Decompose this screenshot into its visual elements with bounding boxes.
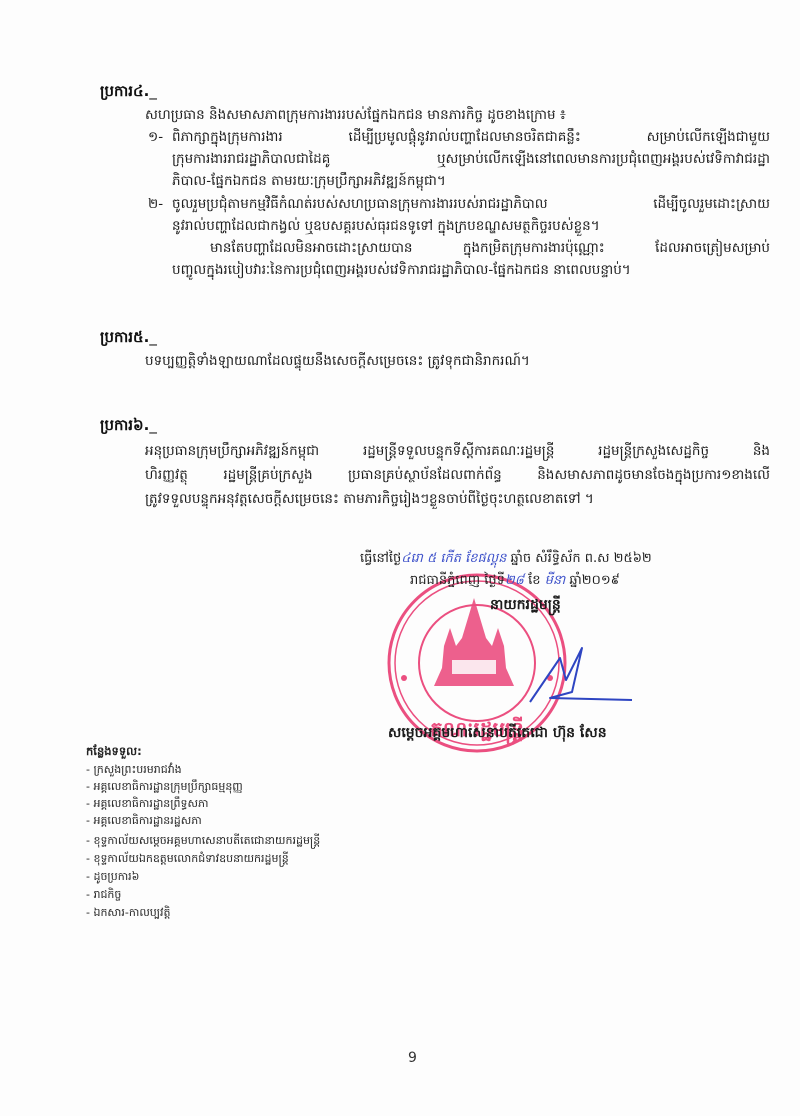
article-4-item-2-line-1: ចូលរួមប្រជុំតាមកម្មវិធីកំណត់របស់សហប្រធាន…	[172, 193, 770, 215]
article-4-item-1-line-3: ភិបាល-ផ្នែកឯកជន តាមរយៈក្រុមប្រឹក្សាអភិវឌ…	[172, 170, 446, 192]
lunar-date-suffix: ឆ្នាំច សំរឹទ្ធិស័ក ព.ស ២៥៦២	[510, 551, 651, 566]
recipient-item: - ឯកសារ-កាលប្បវត្តិ	[86, 905, 171, 921]
signatory-title: នាយករដ្ឋមន្ត្រី	[490, 594, 561, 616]
recipient-item: - អគ្គលេខាធិការដ្ឋានរដ្ឋសភា	[86, 813, 202, 829]
page-number: 9	[408, 1050, 417, 1066]
article-6-line-2: ហិរញ្ញវត្ថុ រដ្ឋមន្ត្រីគ្រប់ក្រសួង ប្រធា…	[145, 464, 770, 486]
article-4-item-2-line-2: នូវរាល់បញ្ហាដែលជាកង្វល់ ឬឧបសគ្គរបស់ធុរជន…	[172, 215, 600, 237]
article-6-line-3: ត្រូវទទួលបន្ទុកអនុវត្តសេចក្តីសម្រេចនេះ ត…	[145, 488, 594, 510]
recipient-item: - ខុទ្ទកាល័យឯកឧត្តមលោកជំទាវឧបនាយករដ្ឋមន្…	[86, 851, 289, 867]
recipient-item: - រាជកិច្ច	[86, 887, 121, 903]
article-4-item-2-continuation-2: បញ្ចូលក្នុងរបៀបវារៈនៃការប្រជុំពេញអង្គរបស…	[172, 259, 631, 281]
recipients-title: កន្លែងទទួល:	[86, 744, 142, 761]
lunar-date-prefix: ធ្វើនៅថ្ងៃ	[360, 551, 401, 566]
recipient-item: - ក្រសួងព្រះបរមរាជវាំង	[86, 762, 182, 778]
article-5-heading: ប្រការ៥.	[100, 328, 157, 350]
article-4-intro: សហប្រធាន និងសមាសភាពក្រុមការងាររបស់ផ្នែកឯ…	[145, 104, 566, 126]
lunar-date-handwritten: ៤រោ ៥ កើត ខែផល្គុន	[401, 551, 506, 566]
article-4-heading: ប្រការ៤.	[100, 82, 157, 104]
article-4-item-2-number: ២-	[148, 193, 163, 215]
recipient-item: - អគ្គលេខាធិការដ្ឋានក្រុមប្រឹក្សាធម្មនុញ…	[86, 779, 243, 795]
solar-month-handwritten: មីនា	[545, 573, 566, 588]
solar-day-handwritten: ២៨	[505, 573, 524, 588]
article-6-heading: ប្រការ៦.	[100, 416, 157, 438]
solar-year: ឆ្នាំ២០១៩	[569, 573, 619, 588]
document-page: ប្រការ៤. សហប្រធាន និងសមាសភាពក្រុមការងាររ…	[0, 0, 800, 1116]
solar-date-prefix: រាជធានីភ្នំពេញ ថ្ងៃទី	[410, 573, 505, 588]
recipient-item: - ខុទ្ទកាល័យសម្តេចអគ្គមហាសេនាបតីតេជោនាយក…	[86, 833, 320, 849]
article-4-item-1-line-2: ក្រុមការងាររាជរដ្ឋាភិបាលជាដៃគូ ឬសម្រាប់ល…	[172, 148, 770, 170]
article-5-text: បទប្បញ្ញត្តិទាំងឡាយណាដែលផ្ទុយនឹងសេចក្តីស…	[145, 350, 530, 372]
recipient-item: - អគ្គលេខាធិការដ្ឋានព្រឹទ្ធសភា	[86, 796, 208, 812]
article-4-item-1-line-1: ពិភាក្សាក្នុងក្រុមការងារ ដើម្បីប្រមូលផ្ត…	[172, 126, 770, 148]
solar-dateline: រាជធានីភ្នំពេញ ថ្ងៃទី២៨ ខែ មីនា ឆ្នាំ២០១…	[410, 570, 620, 592]
article-4-item-2-continuation-1: មានតែបញ្ហាដែលមិនអាចដោះស្រាយបាន ក្នុងកម្រ…	[210, 237, 770, 259]
article-6-line-1: អនុប្រធានក្រុមប្រឹក្សាអភិវឌ្ឍន៍កម្ពុជា រ…	[145, 440, 770, 462]
lunar-dateline: ធ្វើនៅថ្ងៃ៤រោ ៥ កើត ខែផល្គុន ឆ្នាំច សំរឹ…	[360, 548, 652, 570]
solar-month-label: ខែ	[528, 573, 540, 588]
article-4-item-1-number: ១-	[148, 126, 163, 148]
signatory-name: សម្តេចអគ្គមហាសេនាបតីតេជោ ហ៊ុន សែន	[388, 722, 607, 744]
recipient-item: - ដូចប្រការ៦	[86, 869, 139, 885]
handwritten-signature	[520, 640, 640, 710]
